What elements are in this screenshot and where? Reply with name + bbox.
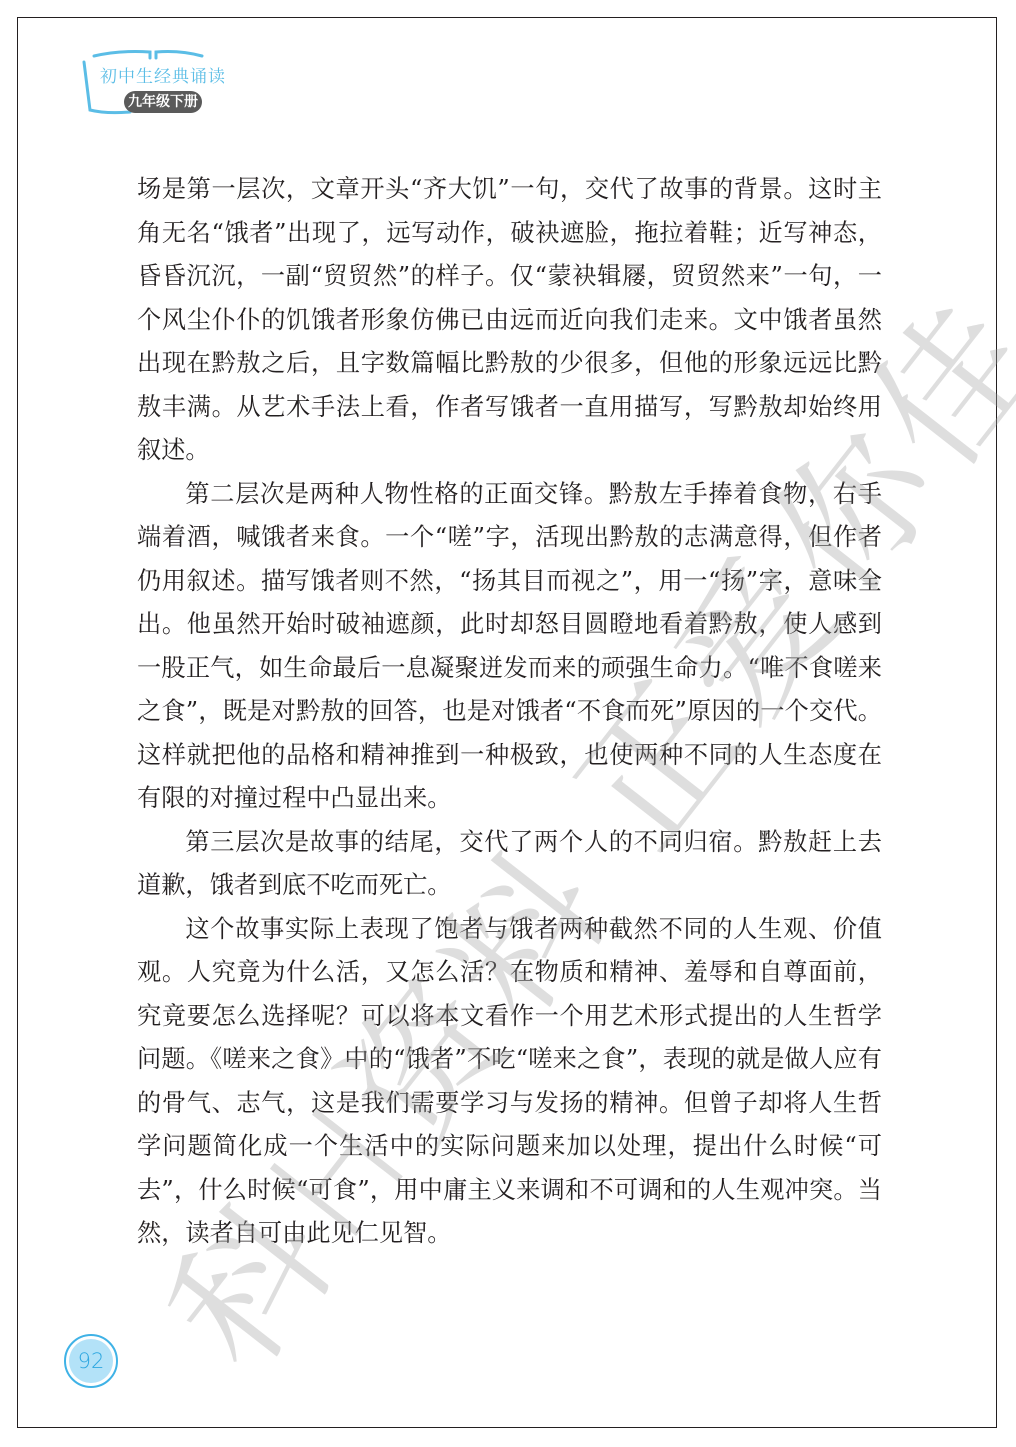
paragraph-2: 第二层次是两种人物性格的正面交锋。黔敖左手捧着食物，右手端着酒，喊饿者来食。一个…: [137, 473, 882, 821]
paragraph-1: 场是第一层次，文章开头“齐大饥”一句，交代了故事的背景。这时主角无名“饿者”出现…: [137, 168, 882, 473]
series-title: 初中生经典诵读: [100, 62, 226, 87]
grade-badge: 九年级下册: [124, 91, 202, 113]
page-number-badge: 92: [64, 1334, 118, 1388]
article-body: 场是第一层次，文章开头“齐大饥”一句，交代了故事的背景。这时主角无名“饿者”出现…: [137, 168, 882, 1256]
paragraph-4: 这个故事实际上表现了饱者与饿者两种截然不同的人生观、价值观。人究竟为什么活，又怎…: [137, 908, 882, 1256]
page-number: 92: [69, 1339, 113, 1383]
header-logo: 初中生经典诵读 九年级下册: [80, 48, 260, 124]
paragraph-3: 第三层次是故事的结尾，交代了两个人的不同归宿。黔敖赶上去道歉，饿者到底不吃而死亡…: [137, 821, 882, 908]
